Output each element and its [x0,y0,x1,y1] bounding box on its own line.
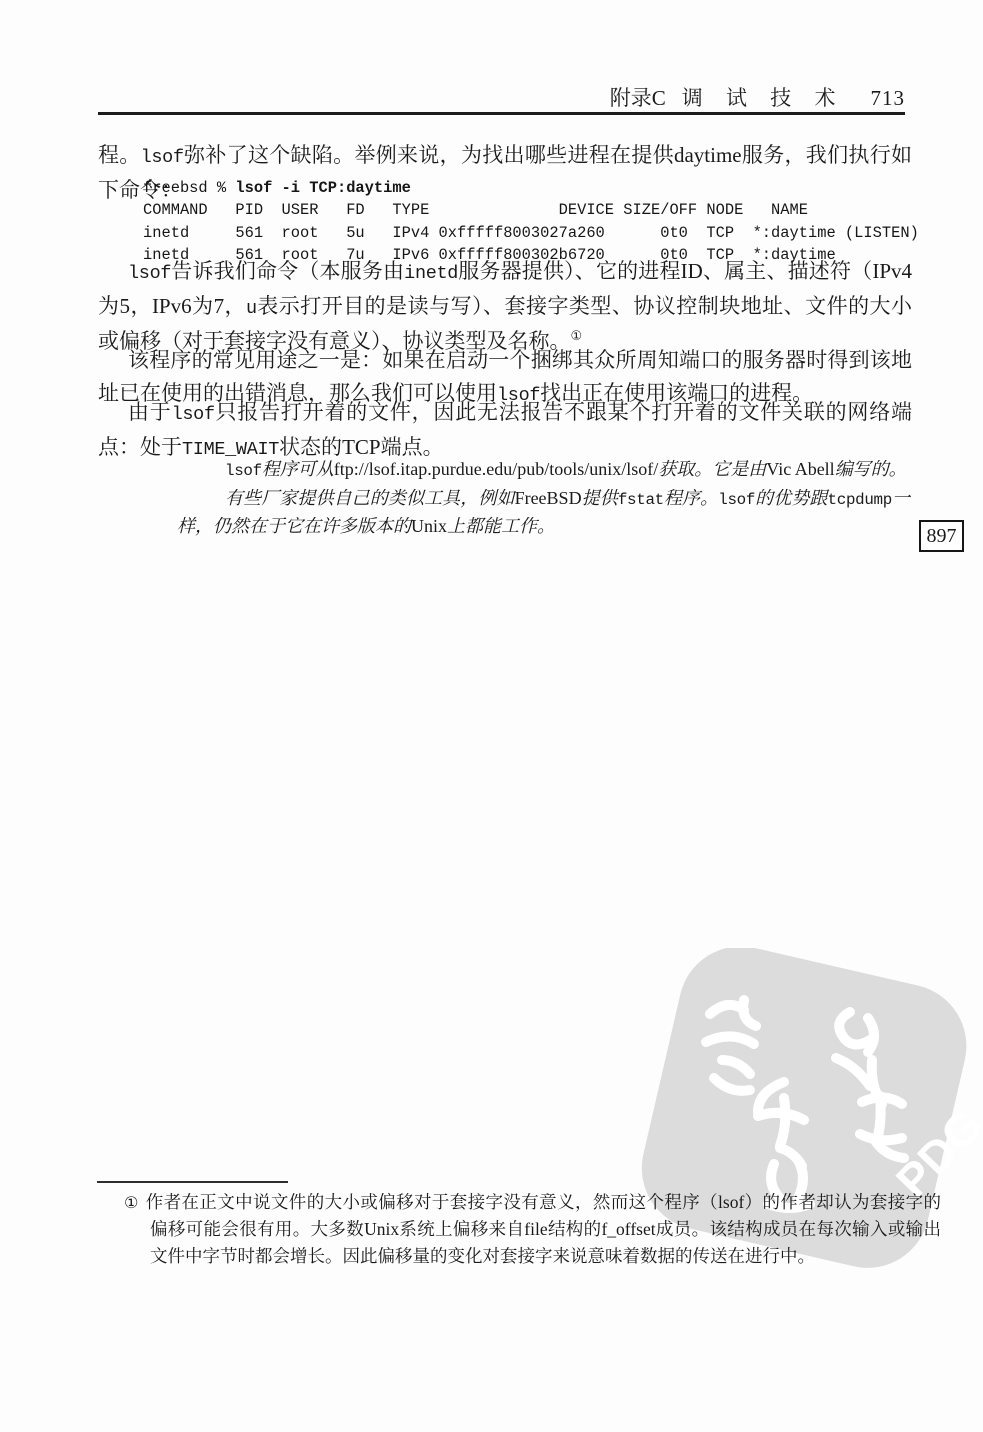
running-head-chapter: 调 试 技 术 [682,86,845,110]
margin-page-number-box: 897 [919,520,964,552]
book-page: PDG 附录C调 试 技 术713 程。lsof弥补了这个缺陷。举例来说，为找出… [0,0,983,1432]
margin-page-number: 897 [927,525,957,548]
footnote-text: 作者在正文中说文件的大小或偏移对于套接字没有意义，然而这个程序（lsof）的作者… [146,1192,941,1266]
note-block: lsof程序可从ftp://lsof.itap.purdue.edu/pub/t… [177,456,910,540]
paragraph-lsof-fields: lsof告诉我们命令（本服务由inetd服务器提供）、它的进程ID、属主、描述符… [98,255,912,358]
header-rule [98,112,905,115]
running-head-page-number: 713 [871,86,906,110]
note-paragraph: lsof程序可从ftp://lsof.itap.purdue.edu/pub/t… [177,456,910,485]
footnote-marker: ① [124,1193,139,1212]
footnote-rule [97,1181,288,1183]
code-output-header: COMMAND PID USER FD TYPE DEVICE SIZE/OFF… [143,199,919,221]
shell-prompt: freebsd % [143,179,235,197]
running-head-section: 附录C [610,86,666,110]
code-command-line: freebsd % lsof -i TCP:daytime [143,177,919,199]
shell-command: lsof -i TCP:daytime [235,179,410,197]
code-output-row: inetd 561 root 5u IPv4 0xfffff8003027a26… [143,222,919,244]
note-paragraph: 有些厂家提供自己的类似工具，例如FreeBSD提供fstat程序。lsof的优势… [177,485,910,540]
running-head: 附录C调 试 技 术713 [98,82,905,112]
footnote: ①作者在正文中说文件的大小或偏移对于套接字没有意义，然而这个程序（lsof）的作… [124,1189,941,1270]
code-block: freebsd % lsof -i TCP:daytimeCOMMAND PID… [143,177,919,267]
